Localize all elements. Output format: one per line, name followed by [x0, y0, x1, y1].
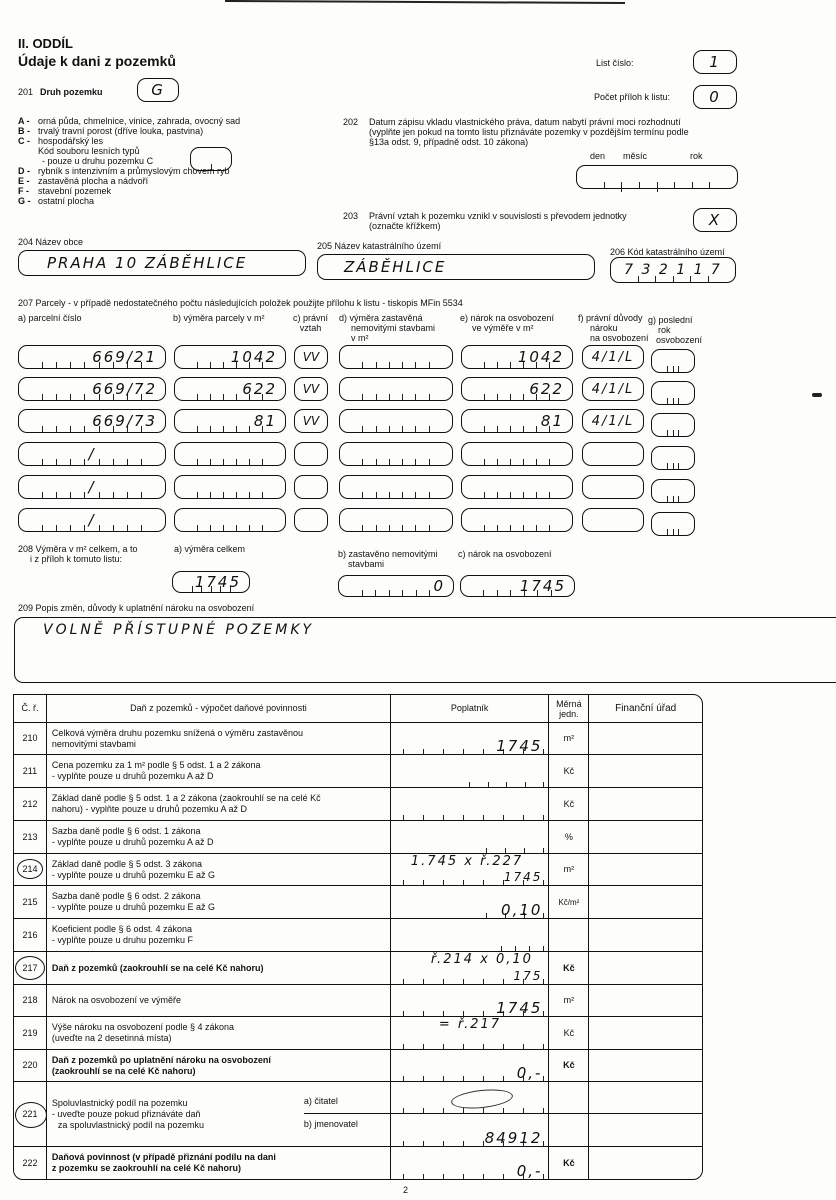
- f208-b-label: b) zastavěno nemovitýmistavbami: [338, 549, 438, 569]
- f204-label: 204 Název obce: [18, 237, 83, 247]
- last-exempt-year-field[interactable]: [651, 512, 695, 536]
- office-field[interactable]: [589, 755, 702, 787]
- f203-number: 203: [343, 211, 358, 221]
- table-row: 217 Daň z pozemků (zaokrouhlí se na celé…: [14, 952, 702, 985]
- office-field[interactable]: [589, 821, 702, 853]
- office-field[interactable]: [589, 1017, 702, 1049]
- office-field[interactable]: [589, 886, 702, 918]
- last-exempt-year-field[interactable]: [651, 349, 695, 373]
- office-field[interactable]: [589, 788, 702, 820]
- payer-value-field[interactable]: [391, 821, 550, 853]
- date-field[interactable]: [576, 165, 738, 189]
- parcel-number-field[interactable]: /: [18, 475, 166, 499]
- exemption-reason-field[interactable]: [582, 508, 644, 532]
- date-day-label: den: [590, 151, 605, 161]
- office-field[interactable]: [589, 952, 702, 984]
- circle-mark: [15, 1102, 47, 1128]
- payer-value-field[interactable]: ř.214 x 0,10175: [391, 952, 550, 984]
- page-number: 2: [403, 1185, 408, 1195]
- parcel-area-field[interactable]: [174, 442, 286, 466]
- office-field[interactable]: [589, 1147, 702, 1179]
- parcel-number-field[interactable]: 669/73: [18, 409, 166, 433]
- unit-transfer-checkbox[interactable]: X: [693, 208, 737, 232]
- col-built-area: d) výměra zastavěnánemovitými stavbamiv …: [339, 313, 435, 343]
- last-exempt-year-field[interactable]: [651, 381, 695, 405]
- date-month-label: měsíc: [623, 151, 647, 161]
- exemption-area-field[interactable]: 1042: [461, 345, 573, 369]
- table-row: 212 Základ daně podle § 5 odst. 1 a 2 zá…: [14, 788, 702, 821]
- exemption-total-field[interactable]: 1745: [460, 575, 575, 597]
- f208-a-label: a) výměra celkem: [174, 544, 245, 554]
- col-exemption-area: e) nárok na osvobozeníve výměře v m²: [460, 313, 554, 333]
- legal-relation-field[interactable]: VV: [294, 409, 328, 433]
- circle-mark: [17, 859, 43, 879]
- payer-value-field[interactable]: 0,-: [391, 1050, 550, 1081]
- built-total-field[interactable]: 0: [338, 575, 454, 597]
- col-last-exempt-year: g) poslednírokosvobození: [648, 315, 702, 345]
- payer-value-field[interactable]: [391, 788, 550, 820]
- built-area-field[interactable]: [339, 345, 453, 369]
- parcel-number-field[interactable]: /: [18, 508, 166, 532]
- built-area-field[interactable]: [339, 475, 453, 499]
- office-field[interactable]: [589, 723, 702, 754]
- f207-title: 207 Parcely - v případě nedostatečného p…: [18, 298, 463, 308]
- share-numerator-field[interactable]: [391, 1082, 549, 1114]
- payer-value-field[interactable]: 1745: [391, 985, 550, 1016]
- share-denominator-field[interactable]: 84912: [391, 1114, 549, 1146]
- payer-value-field[interactable]: = ř.217: [391, 1017, 550, 1049]
- table-row: 220 Daň z pozemků po uplatnění nároku na…: [14, 1050, 702, 1082]
- date-year-label: rok: [690, 151, 703, 161]
- built-area-field[interactable]: [339, 508, 453, 532]
- f209-label: 209 Popis změn, důvody k uplatnění nárok…: [18, 603, 254, 613]
- exemption-area-field[interactable]: [461, 442, 573, 466]
- payer-value-field[interactable]: 1.745 x ř.2271745: [391, 854, 550, 885]
- last-exempt-year-field[interactable]: [651, 413, 695, 437]
- parcel-area-field[interactable]: 622: [174, 377, 286, 401]
- exemption-area-field[interactable]: [461, 508, 573, 532]
- change-description-field[interactable]: VOLNĚ PŘÍSTUPNÉ POZEMKY: [14, 617, 836, 683]
- sheet-number-field[interactable]: 1: [693, 50, 737, 74]
- payer-value-field[interactable]: 1745: [391, 723, 550, 754]
- payer-value-field[interactable]: 0,10: [391, 886, 550, 918]
- parcel-area-field[interactable]: [174, 475, 286, 499]
- payer-value-field[interactable]: [391, 919, 550, 951]
- land-type-field[interactable]: G: [137, 78, 179, 102]
- cadastral-code-field[interactable]: 7 3 2 1 1 7: [610, 257, 736, 283]
- table-row: 218 Nárok na osvobození ve výměře 1745 m…: [14, 985, 702, 1017]
- table-row: 210 Celková výměra druhu pozemku snížená…: [14, 723, 702, 755]
- f203-description: Právní vztah k pozemku vznikl v souvislo…: [369, 211, 627, 231]
- office-field[interactable]: [589, 1082, 702, 1114]
- page-title: Údaje k dani z pozemků: [18, 53, 176, 69]
- attachments-label: Počet příloh k listu:: [594, 92, 670, 102]
- parcel-area-field[interactable]: 1042: [174, 345, 286, 369]
- f206-label: 206 Kód katastrálního území: [610, 247, 725, 257]
- last-exempt-year-field[interactable]: [651, 446, 695, 470]
- f205-label: 205 Název katastrálního území: [317, 241, 441, 251]
- table-row: 215 Sazba daně podle § 6 odst. 2 zákona-…: [14, 886, 702, 919]
- parcel-area-field[interactable]: [174, 508, 286, 532]
- exemption-area-field[interactable]: [461, 475, 573, 499]
- built-area-field[interactable]: [339, 409, 453, 433]
- total-area-field[interactable]: 1745: [172, 571, 250, 593]
- attachments-count-field[interactable]: 0: [693, 85, 737, 109]
- table-row: 211 Cena pozemku za 1 m² podle § 5 odst.…: [14, 755, 702, 788]
- parcel-area-field[interactable]: 81: [174, 409, 286, 433]
- section-label: II. ODDÍL: [18, 36, 73, 51]
- table-row: 213 Sazba daně podle § 6 odst. 1 zákona-…: [14, 821, 702, 854]
- forest-code-field[interactable]: [190, 147, 232, 171]
- legal-relation-field[interactable]: [294, 442, 328, 466]
- office-field[interactable]: [589, 919, 702, 951]
- table-row: 221 Spoluvlastnický podíl na pozemku- uv…: [14, 1082, 702, 1147]
- office-field[interactable]: [589, 1114, 702, 1146]
- exemption-reason-field[interactable]: 4/1/L: [582, 345, 644, 369]
- cadastral-area-field[interactable]: ZÁBĚHLICE: [317, 254, 595, 280]
- f201-title: Druh pozemku: [40, 87, 103, 97]
- sheet-number-label: List číslo:: [596, 58, 634, 68]
- exemption-reason-field[interactable]: [582, 475, 644, 499]
- exemption-area-field[interactable]: 622: [461, 377, 573, 401]
- tax-calculation-table: Č. ř. Daň z pozemků - výpočet daňové pov…: [13, 694, 703, 1180]
- f208-c-label: c) nárok na osvobození: [458, 549, 552, 559]
- table-row: 222 Daňová povinnost (v případě přiznání…: [14, 1147, 702, 1179]
- circle-mark: [15, 956, 45, 980]
- scan-mark: [812, 393, 822, 397]
- legal-relation-field[interactable]: [294, 508, 328, 532]
- f202-number: 202: [343, 117, 358, 127]
- tax-liability-field[interactable]: 0,-: [391, 1147, 550, 1179]
- scan-edge-line: [225, 0, 625, 4]
- built-area-field[interactable]: [339, 377, 453, 401]
- last-exempt-year-field[interactable]: [651, 479, 695, 503]
- legal-relation-field[interactable]: VV: [294, 377, 328, 401]
- col-parcel-number: a) parcelní číslo: [18, 313, 82, 323]
- table-row: 219 Výše nároku na osvobození podle § 4 …: [14, 1017, 702, 1050]
- payer-value-field[interactable]: [391, 755, 550, 787]
- col-parcel-area: b) výměra parcely v m²: [173, 313, 265, 323]
- municipality-field[interactable]: PRAHA 10 ZÁBĚHLICE: [18, 250, 306, 276]
- legal-relation-field[interactable]: [294, 475, 328, 499]
- exemption-area-field[interactable]: 81: [461, 409, 573, 433]
- f201-number: 201: [18, 87, 33, 97]
- parcel-number-field[interactable]: /: [18, 442, 166, 466]
- office-field[interactable]: [589, 985, 702, 1016]
- parcel-number-field[interactable]: 669/21: [18, 345, 166, 369]
- legal-relation-field[interactable]: VV: [294, 345, 328, 369]
- office-field[interactable]: [589, 1050, 702, 1081]
- f208-label: 208 Výměra v m² celkem, a toi z příloh k…: [18, 544, 138, 564]
- table-row: 216 Koeficient podle § 6 odst. 4 zákona-…: [14, 919, 702, 952]
- table-header: Č. ř. Daň z pozemků - výpočet daňové pov…: [14, 695, 702, 723]
- exemption-reason-field[interactable]: 4/1/L: [582, 377, 644, 401]
- parcel-number-field[interactable]: 669/72: [18, 377, 166, 401]
- col-legal-relation: c) právnívztah: [293, 313, 328, 333]
- f202-description: Datum zápisu vkladu vlastnického práva, …: [369, 117, 739, 147]
- exemption-reason-field[interactable]: [582, 442, 644, 466]
- col-exemption-reasons: f) právní důvodynárokuna osvobození: [578, 313, 649, 343]
- office-field[interactable]: [589, 854, 702, 885]
- exemption-reason-field[interactable]: 4/1/L: [582, 409, 644, 433]
- table-row: 214 Základ daně podle § 5 odst. 3 zákona…: [14, 854, 702, 886]
- built-area-field[interactable]: [339, 442, 453, 466]
